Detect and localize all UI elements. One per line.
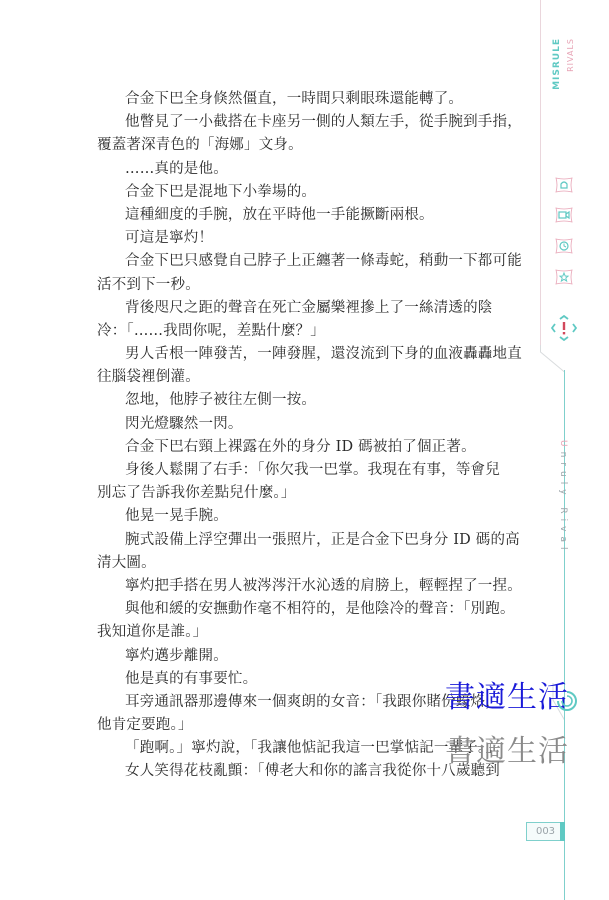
series-title: Unruly Rival — [558, 440, 568, 555]
page-number-tab — [560, 822, 565, 841]
exclamation-diamond-icon[interactable] — [551, 315, 577, 341]
book-page: 合金下巴全身倏然僵直，一時間只剩眼珠還能轉了。他瞥見了一小截搭在卡座另一側的人類… — [0, 0, 609, 900]
series-logo-word-2: RIVALS — [566, 38, 575, 72]
watermark-gray: 書適生活 — [445, 726, 569, 770]
series-logo: MISRULE RIVALS — [552, 38, 580, 150]
watermark-blue: 書適生活 — [445, 672, 569, 716]
star-icon[interactable] — [555, 268, 573, 286]
bell-icon[interactable] — [555, 176, 573, 194]
video-camera-icon[interactable] — [555, 206, 573, 224]
clock-icon[interactable] — [555, 237, 573, 255]
series-logo-word-1: MISRULE — [552, 38, 562, 90]
swirl-logo-icon — [556, 690, 578, 712]
